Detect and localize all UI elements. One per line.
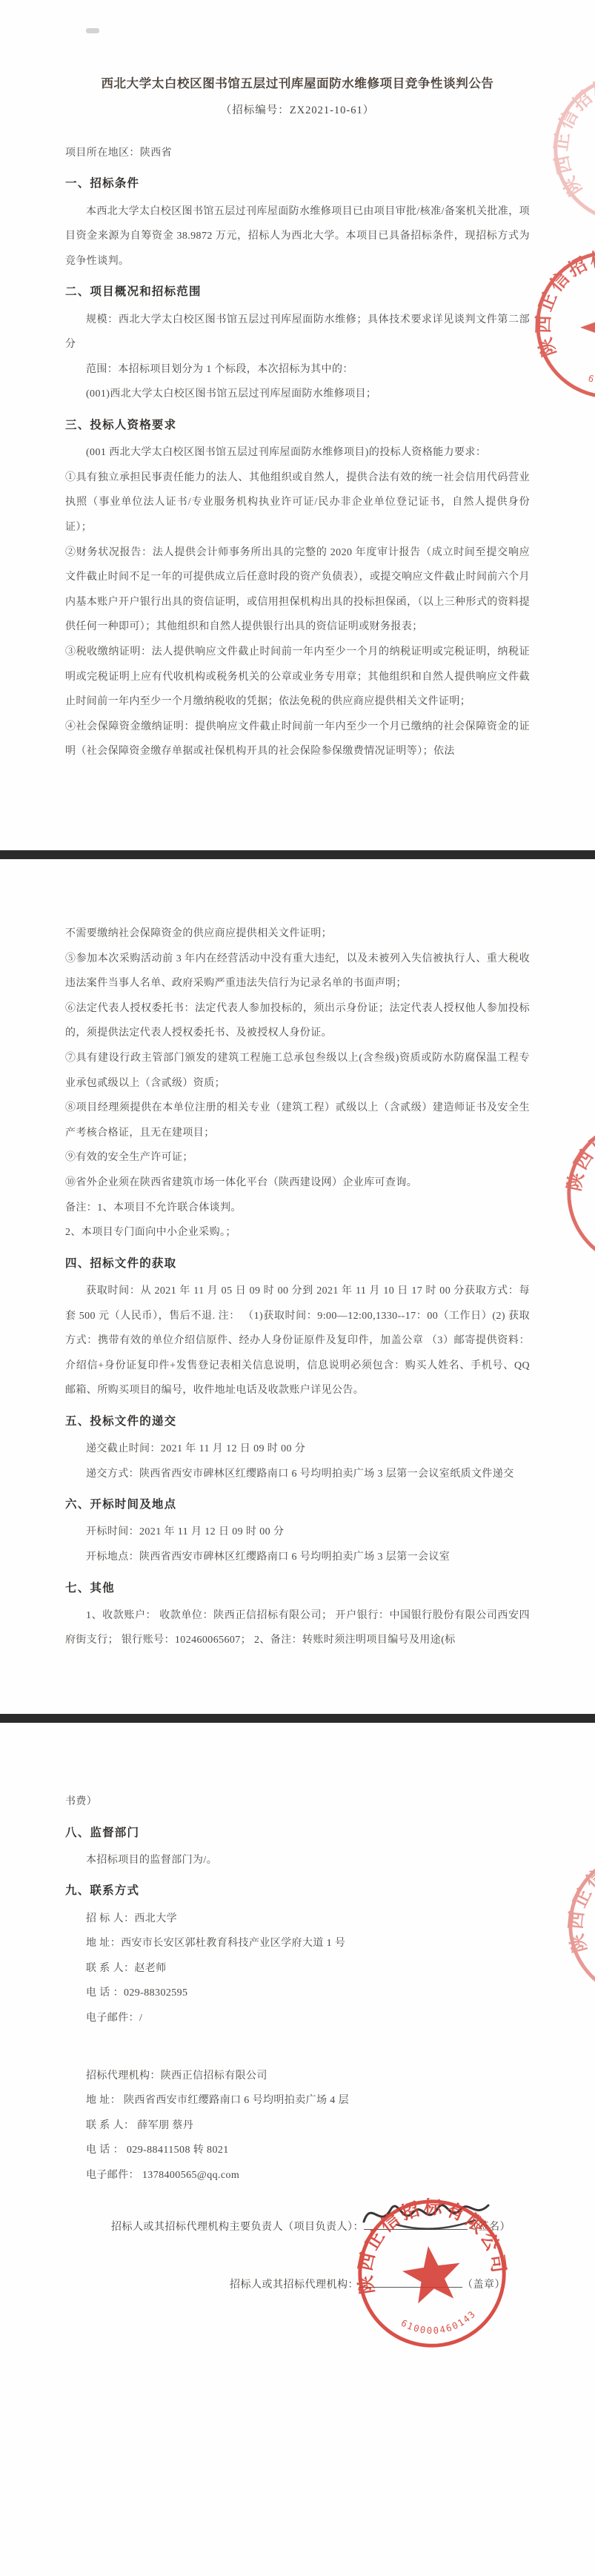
page-1-content: 项目所在地区：陕西省一、招标条件本西北大学太白校区图书馆五层过刊库屋面防水维修项… <box>65 141 530 764</box>
red-seal-fragment-icon <box>546 1099 595 1288</box>
section-heading: 三、投标人资格要求 <box>65 411 530 439</box>
doc-paragraph: 2、本项目专门面向中小企业采购。； <box>65 1220 530 1245</box>
doc-paragraph: 书费） <box>65 1789 530 1815</box>
doc-paragraph: (001)西北大学太白校区图书馆五层过刊库屋面防水维修项目； <box>65 382 530 407</box>
org-seal-label: 招标人或其招标代理机构： <box>230 2279 359 2291</box>
doc-paragraph: ⑤参加本次采购活动前 3 年内在经营活动中没有重大违纪，以及未被列入失信被执行人… <box>65 947 530 996</box>
doc-paragraph: ④社会保障资金缴纳证明：提供响应文件截止时间前一年内至少一个月已缴纳的社会保障资… <box>65 715 530 764</box>
doc-title: 西北大学太白校区图书馆五层过刊库屋面防水维修项目竞争性谈判公告 <box>65 75 530 93</box>
doc-paragraph: ①具有独立承担民事责任能力的法人、其他组织或自然人，提供合法有效的统一社会信用代… <box>65 466 530 540</box>
doc-paragraph: 获取时间：从 2021 年 11 月 05 日 09 时 00 分到 2021 … <box>65 1279 530 1403</box>
section-heading: 六、开标时间及地点 <box>65 1491 530 1518</box>
leader-signature-line <box>364 2218 468 2230</box>
signature-row-leader: 招标人或其招标代理机构主要负责人（项目负责人）： （签名） <box>0 2218 595 2234</box>
doc-paragraph: 规模：西北大学太白校区图书馆五层过刊库屋面防水维修；具体技术要求详见谈判文件第二… <box>65 308 530 357</box>
section-heading: 二、项目概况和招标范围 <box>65 278 530 305</box>
section-heading: 五、投标文件的递交 <box>65 1408 530 1435</box>
doc-paragraph: 联 系 人： 薛军朋 蔡丹 <box>65 2113 530 2139</box>
doc-paragraph: 不需要缴纳社会保障资金的供应商应提供相关文件证明； <box>65 921 530 947</box>
doc-paragraph: ⑩省外企业须在陕西省建筑市场一体化平台（陕西建设网）企业库可查询。 <box>65 1171 530 1196</box>
page-2-content: 不需要缴纳社会保障资金的供应商应提供相关文件证明；⑤参加本次采购活动前 3 年内… <box>65 921 530 1653</box>
doc-bid-number: （招标编号：ZX2021-10-61） <box>65 102 530 117</box>
doc-paragraph: 招 标 人：西北大学 <box>65 1907 530 1932</box>
doc-paragraph: 地 址：西安市长安区郭杜教育科技产业区学府大道 1 号 <box>65 1931 530 1956</box>
doc-paragraph: 备注：1、本项目不允许联合体谈判。 <box>65 1196 530 1221</box>
doc-paragraph: 电子邮件： 1378400565@qq.com <box>65 2163 530 2188</box>
spacer <box>65 2031 530 2064</box>
section-heading: 一、招标条件 <box>65 170 530 197</box>
doc-paragraph: ⑧项目经理须提供在本单位注册的相关专业（建筑工程）贰级以上（含贰级）建造师证书及… <box>65 1096 530 1145</box>
doc-paragraph: 电子邮件：/ <box>65 2006 530 2031</box>
doc-paragraph: 开标时间：2021 年 11 月 12 日 09 时 00 分 <box>65 1520 530 1545</box>
doc-paragraph: ②财务状况报告：法人提供会计师事务所出具的完整的 2020 年度审计报告（成立时… <box>65 540 530 640</box>
doc-paragraph: 项目所在地区：陕西省 <box>65 141 530 166</box>
doc-paragraph: 递交截止时间：2021 年 11 月 12 日 09 时 00 分 <box>65 1437 530 1462</box>
section-heading: 四、招标文件的获取 <box>65 1250 530 1277</box>
doc-paragraph: ⑦具有建设行政主管部门颁发的建筑工程施工总承包叁级以上(含叁级)资质或防水防腐保… <box>65 1046 530 1096</box>
doc-paragraph: ⑥法定代表人授权委托书：法定代表人参加投标的，须出示身份证；法定代表人授权他人参… <box>65 996 530 1046</box>
doc-paragraph: 招标代理机构：陕西正信招标有限公司 <box>65 2064 530 2089</box>
doc-paragraph: 1、收款账户： 收款单位：陕西正信招标有限公司； 开户银行：中国银行股份有限公司… <box>65 1603 530 1653</box>
red-seal-fragment-icon <box>545 1828 595 2022</box>
org-seal-line <box>359 2276 462 2288</box>
page-separator <box>0 1714 595 1723</box>
page-3-content: 书费）八、监督部门本招标项目的监督部门为/。九、联系方式招 标 人：西北大学地 … <box>65 1789 530 2188</box>
scanned-document-viewer: 西北大学太白校区图书馆五层过刊库屋面防水维修项目竞争性谈判公告 （招标编号：ZX… <box>0 0 595 2576</box>
doc-paragraph: (001 西北大学太白校区图书馆五层过刊库屋面防水维修项目)的投标人资格能力要求… <box>65 440 530 466</box>
page-1: 西北大学太白校区图书馆五层过刊库屋面防水维修项目竞争性谈判公告 （招标编号：ZX… <box>0 0 595 850</box>
page-separator <box>0 850 595 859</box>
doc-paragraph: 联 系 人：赵老师 <box>65 1956 530 1981</box>
scan-artifact <box>86 28 99 33</box>
section-heading: 七、其他 <box>65 1575 530 1602</box>
doc-paragraph: ③税收缴纳证明：法人提供响应文件截止时间前一年内至少一个月的纳税证明或完税证明，… <box>65 640 530 715</box>
leader-signature-label: 招标人或其招标代理机构主要负责人（项目负责人）： <box>111 2222 364 2233</box>
handwritten-signature <box>358 2189 499 2236</box>
doc-paragraph: 递交方式：陕西省西安市碑林区红缨路南口 6 号均明拍卖广场 3 层第一会议室纸质… <box>65 1462 530 1487</box>
doc-paragraph: ⑨有效的安全生产许可证； <box>65 1145 530 1171</box>
doc-paragraph: 范围：本招标项目划分为 1 个标段，本次招标为其中的： <box>65 357 530 383</box>
doc-paragraph: 电 话 ： 029-88411508 转 8021 <box>65 2138 530 2163</box>
page-2: 不需要缴纳社会保障资金的供应商应提供相关文件证明；⑤参加本次采购活动前 3 年内… <box>0 859 595 1714</box>
signature-row-org: 招标人或其招标代理机构：（盖章） <box>0 2276 595 2291</box>
page-3: 书费）八、监督部门本招标项目的监督部门为/。九、联系方式招 标 人：西北大学地 … <box>0 1723 595 2576</box>
doc-paragraph: 开标地点：陕西省西安市碑林区红缨路南口 6 号均明拍卖广场 3 层第一会议室 <box>65 1545 530 1570</box>
doc-paragraph: 地 址： 陕西省西安市红缨路南口 6 号均明拍卖广场 4 层 <box>65 2088 530 2113</box>
doc-paragraph: 电 话 ：029-88302595 <box>65 1981 530 2006</box>
org-seal-suffix: （盖章） <box>462 2279 505 2291</box>
doc-paragraph: 本招标项目的监督部门为/。 <box>65 1848 530 1873</box>
section-heading: 八、监督部门 <box>65 1819 530 1847</box>
doc-paragraph: 本西北大学太白校区图书馆五层过刊库屋面防水维修项目已由项目审批/核准/备案机关批… <box>65 199 530 274</box>
section-heading: 九、联系方式 <box>65 1877 530 1904</box>
